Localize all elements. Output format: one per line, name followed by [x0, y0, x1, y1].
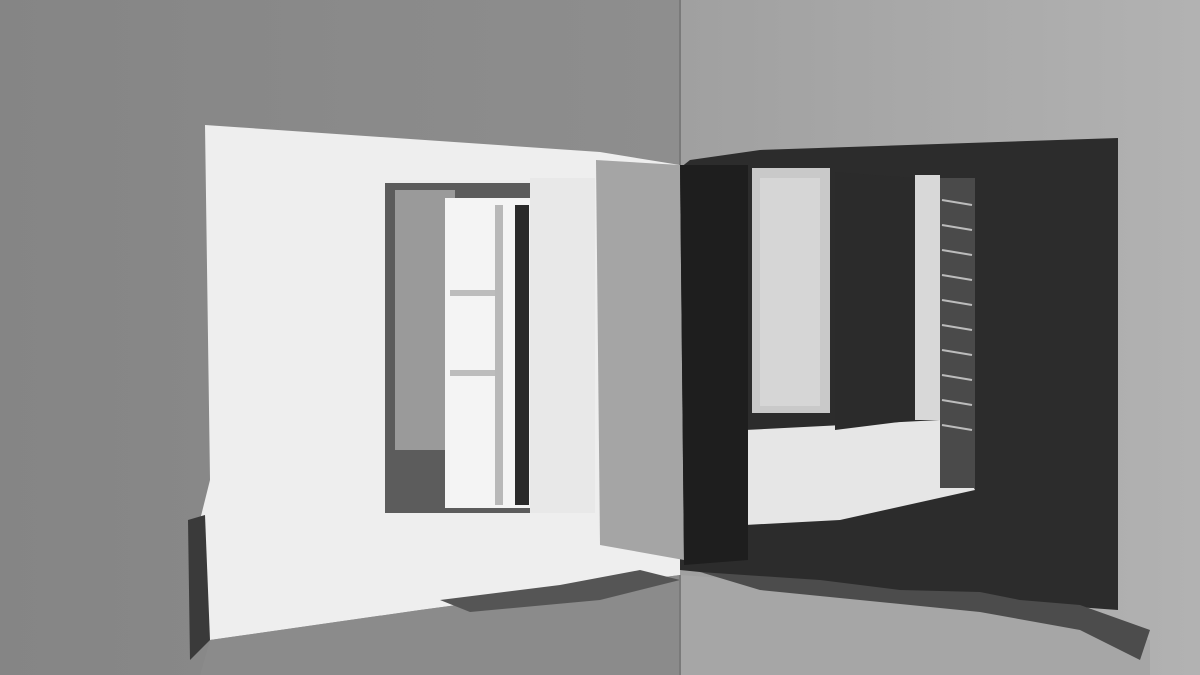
corner-pillar	[596, 160, 684, 560]
photo-scene	[0, 0, 1200, 675]
photograph	[0, 0, 1200, 675]
louver-window	[940, 178, 975, 488]
